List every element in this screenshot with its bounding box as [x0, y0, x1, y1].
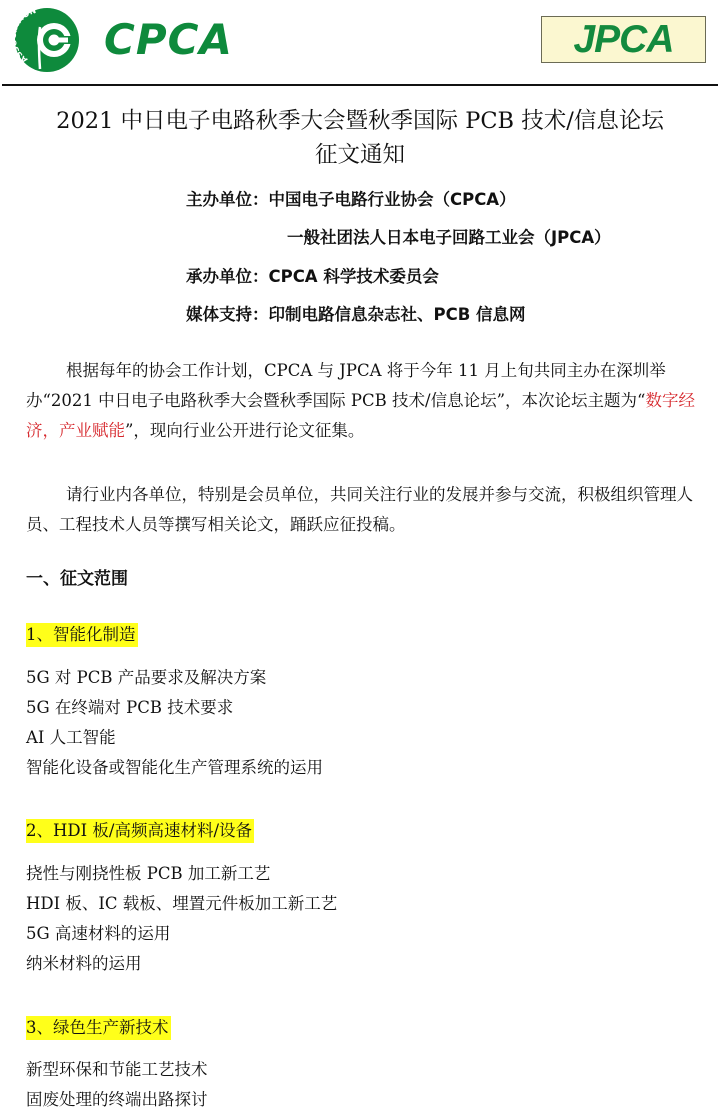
list-item: 挠性与刚挠性板 PCB 加工新工艺: [26, 859, 337, 889]
organizer-value: CPCA 科学技术委员会: [269, 267, 439, 286]
organizer-label: 媒体支持：: [186, 305, 269, 324]
list-item: 5G 高速材料的运用: [26, 919, 337, 949]
organizer-value: 一般社团法人日本电子回路工业会（JPCA）: [287, 228, 611, 247]
list-item: 新型环保和节能工艺技术: [26, 1055, 208, 1085]
topic-title-3: 3、绿色生产新技术: [26, 1016, 171, 1040]
list-item: AI 人工智能: [26, 723, 323, 753]
organizer-row-cohost: 一般社团法人日本电子回路工业会（JPCA）: [287, 227, 611, 249]
list-item: 智能化设备或智能化生产管理系统的运用: [26, 753, 323, 783]
organizer-row-media: 媒体支持：印制电路信息杂志社、PCB 信息网: [186, 304, 526, 326]
jpca-logo: JPCA: [541, 16, 706, 63]
list-item: HDI 板、IC 载板、埋置元件板加工新工艺: [26, 889, 337, 919]
header-divider: [2, 84, 718, 86]
cpca-wordmark: CPCA: [104, 15, 233, 65]
list-item: 5G 对 PCB 产品要求及解决方案: [26, 663, 323, 693]
jpca-wordmark: JPCA: [573, 18, 673, 61]
section-heading: 一、征文范围: [26, 567, 128, 591]
list-item: 纳米材料的运用: [26, 949, 337, 979]
organizer-label: 主办单位：: [186, 190, 269, 209]
intro-paragraph-2: 请行业内各单位，特别是会员单位，共同关注行业的发展并参与交流，积极组织管理人员、…: [26, 480, 706, 540]
cpca-logo: ASSOCIATION CPCA: [14, 7, 254, 73]
document-subtitle: 征文通知: [0, 140, 720, 170]
topic-list-3: 新型环保和节能工艺技术 固废处理的终端出路探讨: [26, 1055, 208, 1114]
organizer-value: 中国电子电路行业协会（CPCA）: [269, 190, 516, 209]
cpca-emblem-icon: ASSOCIATION: [14, 7, 80, 73]
topic-title-2: 2、HDI 板/高频高速材料/设备: [26, 819, 254, 843]
intro-paragraph-1: 根据每年的协会工作计划，CPCA 与 JPCA 将于今年 11 月上旬共同主办在…: [26, 356, 706, 446]
intro-text: ”，现向行业公开进行论文征集。: [125, 421, 364, 440]
list-item: 5G 在终端对 PCB 技术要求: [26, 693, 323, 723]
intro-text: 根据每年的协会工作计划，CPCA 与 JPCA 将于今年 11 月上旬共同主办在…: [26, 361, 666, 410]
list-item: 固废处理的终端出路探讨: [26, 1085, 208, 1114]
organizer-value: 印制电路信息杂志社、PCB 信息网: [269, 305, 526, 324]
topic-list-1: 5G 对 PCB 产品要求及解决方案 5G 在终端对 PCB 技术要求 AI 人…: [26, 663, 323, 783]
topic-title-1: 1、智能化制造: [26, 623, 138, 647]
document-title: 2021 中日电子电路秋季大会暨秋季国际 PCB 技术/信息论坛: [0, 106, 720, 136]
topic-list-2: 挠性与刚挠性板 PCB 加工新工艺 HDI 板、IC 载板、埋置元件板加工新工艺…: [26, 859, 337, 979]
organizer-row-undertaker: 承办单位：CPCA 科学技术委员会: [186, 266, 439, 288]
organizer-row-host: 主办单位：中国电子电路行业协会（CPCA）: [186, 189, 516, 211]
organizer-label: 承办单位：: [186, 267, 269, 286]
